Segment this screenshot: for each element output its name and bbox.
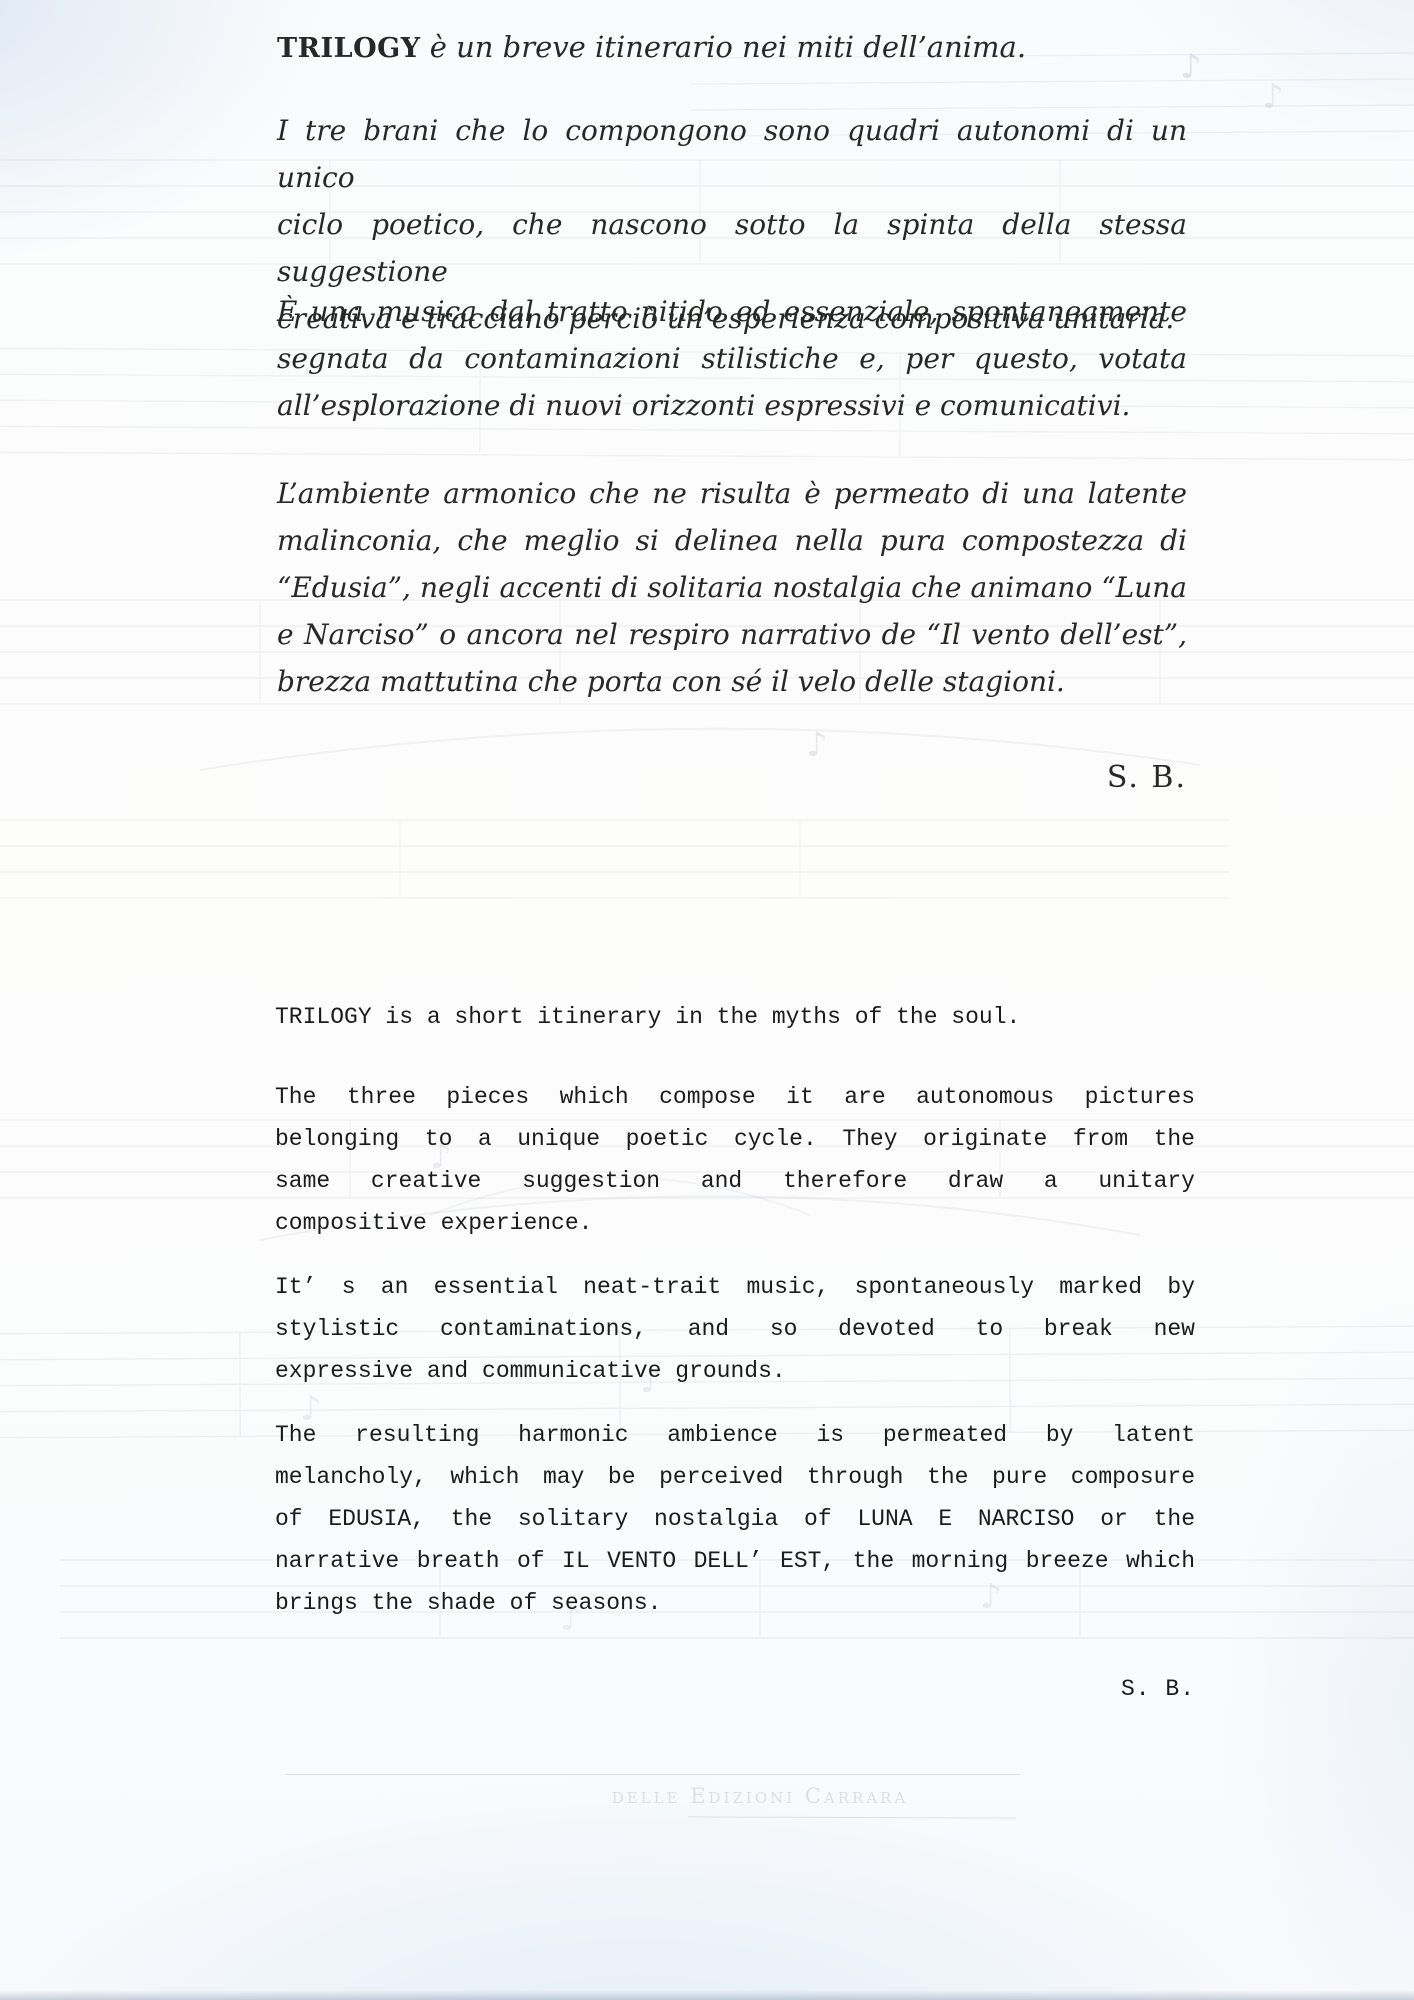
text-line: brings the shade of seasons. (275, 1582, 1195, 1624)
footer-hairline-top (285, 1774, 1020, 1775)
scanned-page: ♪ ♪ ♪ ♪ ♪ ♪ ♪ ♪ TRILOGY è un breve itine… (0, 0, 1414, 2000)
text-line: of EDUSIA, the solitary nostalgia of LUN… (275, 1498, 1195, 1540)
text-line: same creative suggestion and therefore d… (275, 1160, 1195, 1202)
italian-paragraph-3: L’ambiente armonico che ne risulta è per… (277, 470, 1187, 705)
english-paragraph-1: The three pieces which compose it are au… (275, 1076, 1195, 1244)
english-title: TRILOGY is a short itinerary in the myth… (275, 996, 1195, 1038)
english-signature: S. B. (275, 1668, 1313, 1710)
text-line: belonging to a unique poetic cycle. They… (275, 1118, 1195, 1160)
page-content: TRILOGY è un breve itinerario nei miti d… (0, 0, 1414, 2000)
text-line: I tre brani che lo compongono sono quadr… (277, 107, 1187, 201)
text-line: expressive and communicative grounds. (275, 1350, 1195, 1392)
text-line: malinconia, che meglio si delinea nella … (277, 517, 1187, 564)
english-paragraph-2: It’ s an essential neat-trait music, spo… (275, 1266, 1195, 1392)
text-line: compositive experience. (275, 1202, 1195, 1244)
text-line: segnata da contaminazioni stilistiche e,… (277, 335, 1187, 382)
footer-hairline-bottom (688, 1816, 1016, 1818)
text-line: “Edusia”, negli accenti di solitaria nos… (277, 564, 1187, 611)
text-line: e Narciso” o ancora nel respiro narrativ… (277, 611, 1187, 658)
scan-bottom-edge (0, 1990, 1414, 2000)
text-line: stylistic contaminations, and so devoted… (275, 1308, 1195, 1350)
italian-signature: S. B. (277, 754, 1273, 801)
text-line: The three pieces which compose it are au… (275, 1076, 1195, 1118)
english-paragraph-3: The resulting harmonic ambience is perme… (275, 1414, 1195, 1624)
text-line: ciclo poetico, che nascono sotto la spin… (277, 201, 1187, 295)
text-line: L’ambiente armonico che ne risulta è per… (277, 470, 1187, 517)
text-line: melancholy, which may be perceived throu… (275, 1456, 1195, 1498)
text-line: narrative breath of IL VENTO DELL’ EST, … (275, 1540, 1195, 1582)
text-line: The resulting harmonic ambience is perme… (275, 1414, 1195, 1456)
italian-title-word: TRILOGY (277, 33, 421, 64)
footer-imprint: delle Edizioni Carrara (480, 1784, 1040, 1808)
text-line: brezza mattutina che porta con sé il vel… (277, 658, 1187, 705)
text-line: È una musica dal tratto nitido ed essenz… (277, 288, 1187, 335)
italian-paragraph-2: È una musica dal tratto nitido ed essenz… (277, 288, 1187, 429)
text-line: It’ s an essential neat-trait music, spo… (275, 1266, 1195, 1308)
italian-title: TRILOGY è un breve itinerario nei miti d… (277, 24, 1187, 72)
text-line: all’esplorazione di nuovi orizzonti espr… (277, 382, 1187, 429)
italian-title-rest: è un breve itinerario nei miti dell’anim… (421, 30, 1027, 64)
